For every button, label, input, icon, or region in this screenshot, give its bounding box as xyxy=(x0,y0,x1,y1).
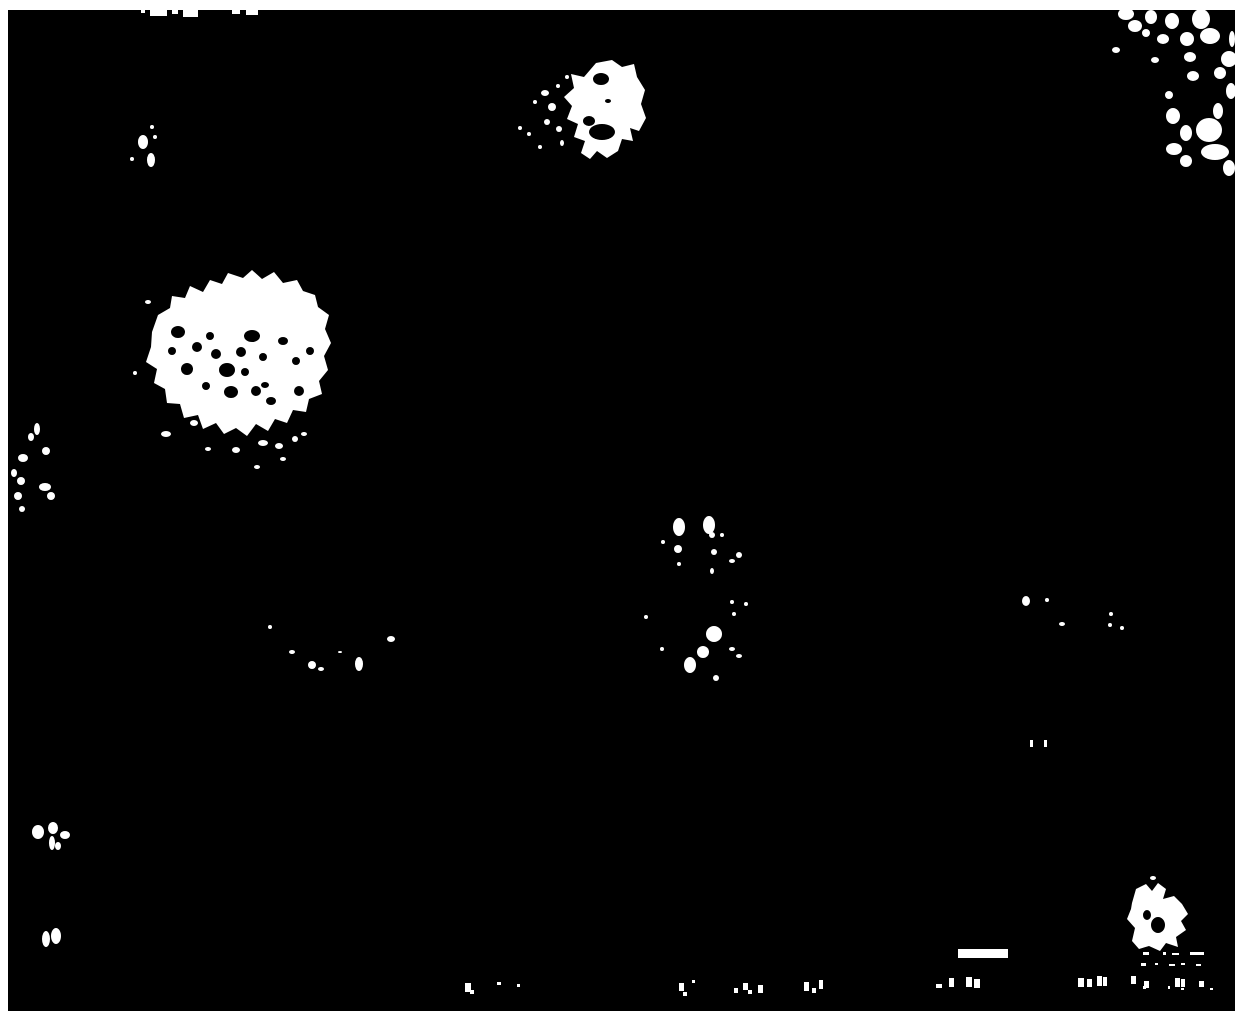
particle xyxy=(1044,740,1047,747)
particle xyxy=(1187,71,1199,81)
particle xyxy=(232,447,240,453)
particle xyxy=(55,842,61,850)
particle xyxy=(758,985,763,993)
particle xyxy=(1030,740,1033,747)
particle xyxy=(1196,118,1222,142)
particle xyxy=(280,457,286,461)
particle xyxy=(258,440,268,446)
micrograph-frame xyxy=(8,10,1235,1011)
particle xyxy=(1109,612,1113,616)
particle xyxy=(703,516,715,534)
particle xyxy=(560,140,564,146)
particle xyxy=(804,982,809,991)
particle xyxy=(679,983,684,991)
particle xyxy=(1210,988,1213,990)
particle xyxy=(974,979,980,988)
particle xyxy=(517,984,520,987)
particle xyxy=(1022,596,1030,606)
particle xyxy=(743,983,748,990)
particle xyxy=(153,135,157,139)
particle xyxy=(141,10,145,13)
particle xyxy=(51,928,61,944)
particle xyxy=(1150,876,1156,880)
particle xyxy=(1112,47,1120,53)
particle xyxy=(1141,963,1146,966)
particle xyxy=(1184,52,1196,62)
particle-hole xyxy=(306,347,314,355)
particle xyxy=(548,103,556,111)
particle xyxy=(533,100,537,104)
particle xyxy=(470,990,474,994)
particle-hole xyxy=(292,357,300,365)
particle xyxy=(318,667,324,671)
particle-hole xyxy=(168,347,176,355)
particle xyxy=(710,568,714,574)
particle xyxy=(1143,952,1149,955)
particle xyxy=(1142,29,1150,37)
particle xyxy=(1163,952,1166,955)
particle xyxy=(709,532,715,538)
particle xyxy=(711,549,717,555)
particle-hole xyxy=(593,73,609,85)
particle xyxy=(697,646,709,658)
particle xyxy=(1166,143,1182,155)
particle xyxy=(150,125,154,129)
particle xyxy=(732,612,736,616)
particle xyxy=(183,10,198,17)
particle xyxy=(275,443,283,449)
particle xyxy=(1103,977,1107,986)
particle xyxy=(661,540,665,544)
particle-hole xyxy=(589,124,615,140)
particle xyxy=(538,145,542,149)
particle xyxy=(308,661,316,669)
particle xyxy=(292,436,298,442)
particle xyxy=(387,636,395,642)
particle xyxy=(720,533,724,537)
particle xyxy=(289,650,295,654)
figure-page xyxy=(0,0,1240,1019)
particle xyxy=(34,423,40,435)
particle xyxy=(172,10,178,14)
particle-hole xyxy=(1151,917,1165,933)
particle xyxy=(729,559,735,563)
particle xyxy=(518,126,522,130)
particle-hole xyxy=(236,347,246,357)
particle xyxy=(677,562,681,566)
particle xyxy=(1108,623,1112,627)
particle xyxy=(32,825,44,839)
particle-hole xyxy=(251,386,261,396)
particle xyxy=(39,483,51,491)
particle xyxy=(556,126,562,132)
particle-hole xyxy=(202,382,210,390)
particle xyxy=(28,433,34,441)
particle xyxy=(1128,20,1142,32)
particle xyxy=(644,615,648,619)
particle xyxy=(1180,155,1192,167)
particle xyxy=(936,984,942,988)
particle xyxy=(1221,51,1237,67)
particle xyxy=(1118,8,1134,20)
particle xyxy=(1192,9,1210,29)
sem-micrograph xyxy=(0,0,1240,1019)
particle xyxy=(1213,103,1223,119)
particle xyxy=(1155,963,1158,965)
particle-hole xyxy=(244,330,260,342)
particle xyxy=(730,600,734,604)
particle xyxy=(1045,598,1049,602)
particle xyxy=(812,988,816,993)
particle xyxy=(736,552,742,558)
particle-hole xyxy=(211,349,221,359)
particle xyxy=(1199,981,1204,987)
particle xyxy=(1145,10,1157,24)
particle xyxy=(713,675,719,681)
particle-hole xyxy=(206,332,214,340)
particle xyxy=(338,651,342,653)
particle-hole xyxy=(219,363,235,377)
particle xyxy=(138,135,148,149)
particle xyxy=(660,647,664,651)
particle-hole xyxy=(241,368,249,376)
particle xyxy=(1131,976,1136,984)
particle-hole xyxy=(266,397,276,405)
particle xyxy=(1157,34,1169,44)
particle-hole xyxy=(583,116,595,126)
particle xyxy=(706,626,722,642)
particle xyxy=(1165,91,1173,99)
particle xyxy=(147,153,155,167)
particle xyxy=(1229,31,1235,47)
particle-hole xyxy=(294,386,304,396)
particle xyxy=(1165,13,1179,29)
particle xyxy=(11,469,17,477)
particle xyxy=(1078,978,1084,987)
particle xyxy=(1214,67,1226,79)
particle xyxy=(17,477,25,485)
particle xyxy=(819,980,823,989)
particle xyxy=(527,132,531,136)
particle xyxy=(1143,986,1146,989)
particle xyxy=(556,84,560,88)
particle xyxy=(18,454,28,462)
particle xyxy=(544,119,550,125)
particle xyxy=(736,654,742,658)
particle xyxy=(42,447,50,455)
particle xyxy=(133,371,137,375)
particle-hole xyxy=(192,342,202,352)
particle xyxy=(1169,964,1175,966)
particle xyxy=(949,978,954,987)
particle-hole xyxy=(1143,910,1151,920)
particle xyxy=(1180,125,1192,141)
particle xyxy=(130,157,134,161)
particle xyxy=(692,980,695,983)
particle xyxy=(1181,979,1185,987)
particle-hole xyxy=(605,99,611,103)
particle xyxy=(145,300,151,304)
particle-hole xyxy=(261,382,269,388)
particle xyxy=(1097,976,1102,986)
particle xyxy=(1168,986,1170,989)
particle xyxy=(673,518,685,536)
particle xyxy=(966,977,972,987)
particle xyxy=(301,432,307,436)
particle xyxy=(1175,978,1180,987)
particle xyxy=(60,831,70,839)
particle xyxy=(683,992,687,996)
particle xyxy=(190,420,198,426)
particle xyxy=(49,836,55,850)
particle xyxy=(565,75,569,79)
particle-hole xyxy=(278,337,288,345)
particle xyxy=(1226,83,1236,99)
particle-hole xyxy=(171,326,185,338)
particle xyxy=(161,431,171,437)
particle xyxy=(355,657,363,671)
particle-hole xyxy=(181,363,193,375)
particle xyxy=(1087,979,1092,987)
scale-bar xyxy=(958,949,1008,958)
particle xyxy=(744,602,748,606)
particle xyxy=(541,90,549,96)
particle xyxy=(1201,144,1229,160)
particle xyxy=(232,10,240,14)
particle xyxy=(14,492,22,500)
particle xyxy=(48,822,58,834)
particle xyxy=(1180,32,1194,46)
particle xyxy=(729,647,735,651)
particle xyxy=(246,10,258,15)
particle xyxy=(497,982,501,985)
particle xyxy=(1200,28,1220,44)
particle xyxy=(19,506,25,512)
particle xyxy=(684,657,696,673)
particle xyxy=(1181,963,1185,965)
particle xyxy=(1172,953,1179,955)
particle xyxy=(150,10,167,16)
particle xyxy=(205,447,211,451)
particle xyxy=(268,625,272,629)
particle xyxy=(1151,57,1159,63)
particle xyxy=(748,990,752,994)
particle xyxy=(1181,988,1184,990)
particle-hole xyxy=(224,386,238,398)
particle xyxy=(1190,952,1204,955)
particle xyxy=(674,545,682,553)
particle xyxy=(42,931,50,947)
particle xyxy=(1059,622,1065,626)
particle xyxy=(47,492,55,500)
particle-hole xyxy=(259,353,267,361)
particle xyxy=(1120,626,1124,630)
particle xyxy=(1223,160,1235,176)
particle xyxy=(254,465,260,469)
particle xyxy=(734,988,738,993)
particle xyxy=(1166,108,1180,124)
particle xyxy=(1196,964,1201,966)
